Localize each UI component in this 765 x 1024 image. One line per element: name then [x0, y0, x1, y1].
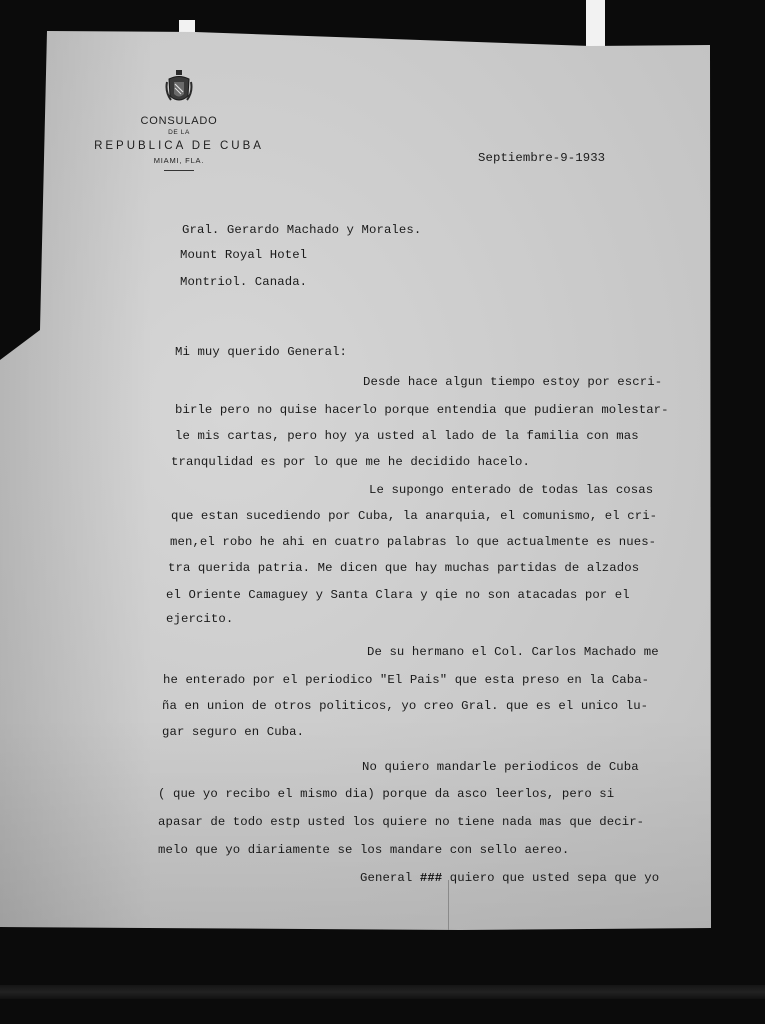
letterhead-consulado: CONSULADO — [84, 114, 274, 128]
closing-continuation: quiero que usted sepa que yo — [450, 871, 659, 885]
letter-date: Septiembre-9-1933 — [478, 151, 605, 165]
recipient-address-2: Montriol. Canada. — [180, 275, 307, 289]
body-line: Le supongo enterado de todas las cosas — [369, 483, 653, 497]
table-edge — [0, 985, 765, 999]
body-line: le mis cartas, pero hoy ya usted al lado… — [175, 429, 639, 443]
paper-fold-mark — [448, 880, 449, 930]
body-line-closing: General ### quiero que usted sepa que yo — [360, 871, 659, 885]
body-line: No quiero mandarle periodicos de Cuba — [362, 760, 639, 774]
body-line: tra querida patria. Me dicen que hay muc… — [168, 561, 639, 575]
letterhead-republica: REPUBLICA DE CUBA — [84, 138, 274, 154]
letterhead-rule — [164, 170, 194, 171]
struck-out-characters: ### — [420, 871, 442, 885]
letterhead: CONSULADO DE LA REPUBLICA DE CUBA MIAMI,… — [84, 70, 274, 171]
body-line: birle pero no quise hacerlo porque enten… — [175, 403, 669, 417]
body-line: men,el robo he ahi en cuatro palabras lo… — [170, 535, 656, 549]
letterhead-de-la: DE LA — [84, 128, 274, 138]
body-line: tranqulidad es por lo que me he decidido… — [171, 455, 530, 469]
body-line: Desde hace algun tiempo estoy por escri- — [363, 375, 662, 389]
closing-word: General — [360, 871, 412, 885]
body-line: ( que yo recibo el mismo dia) porque da … — [158, 787, 614, 801]
body-line: De su hermano el Col. Carlos Machado me — [367, 645, 659, 659]
body-line: ejercito. — [166, 612, 233, 626]
body-line: ña en union de otros politicos, yo creo … — [162, 699, 648, 713]
body-line: he enterado por el periodico "El Pais" q… — [163, 673, 649, 687]
body-line: que estan sucediendo por Cuba, la anarqu… — [171, 509, 657, 523]
coat-of-arms-icon — [165, 70, 193, 106]
recipient-address-1: Mount Royal Hotel — [180, 248, 307, 262]
body-line: el Oriente Camaguey y Santa Clara y qie … — [166, 588, 630, 602]
body-line: apasar de todo estp usted los quiere no … — [158, 815, 644, 829]
salutation: Mi muy querido General: — [175, 345, 347, 359]
body-line: gar seguro en Cuba. — [162, 725, 304, 739]
paper-clip-tab-right — [586, 0, 605, 46]
paper-clip-tab-left — [179, 20, 195, 34]
recipient-name: Gral. Gerardo Machado y Morales. — [182, 223, 421, 237]
body-line: melo que yo diariamente se los mandare c… — [158, 843, 569, 857]
letterhead-city: MIAMI, FLA. — [84, 154, 274, 168]
